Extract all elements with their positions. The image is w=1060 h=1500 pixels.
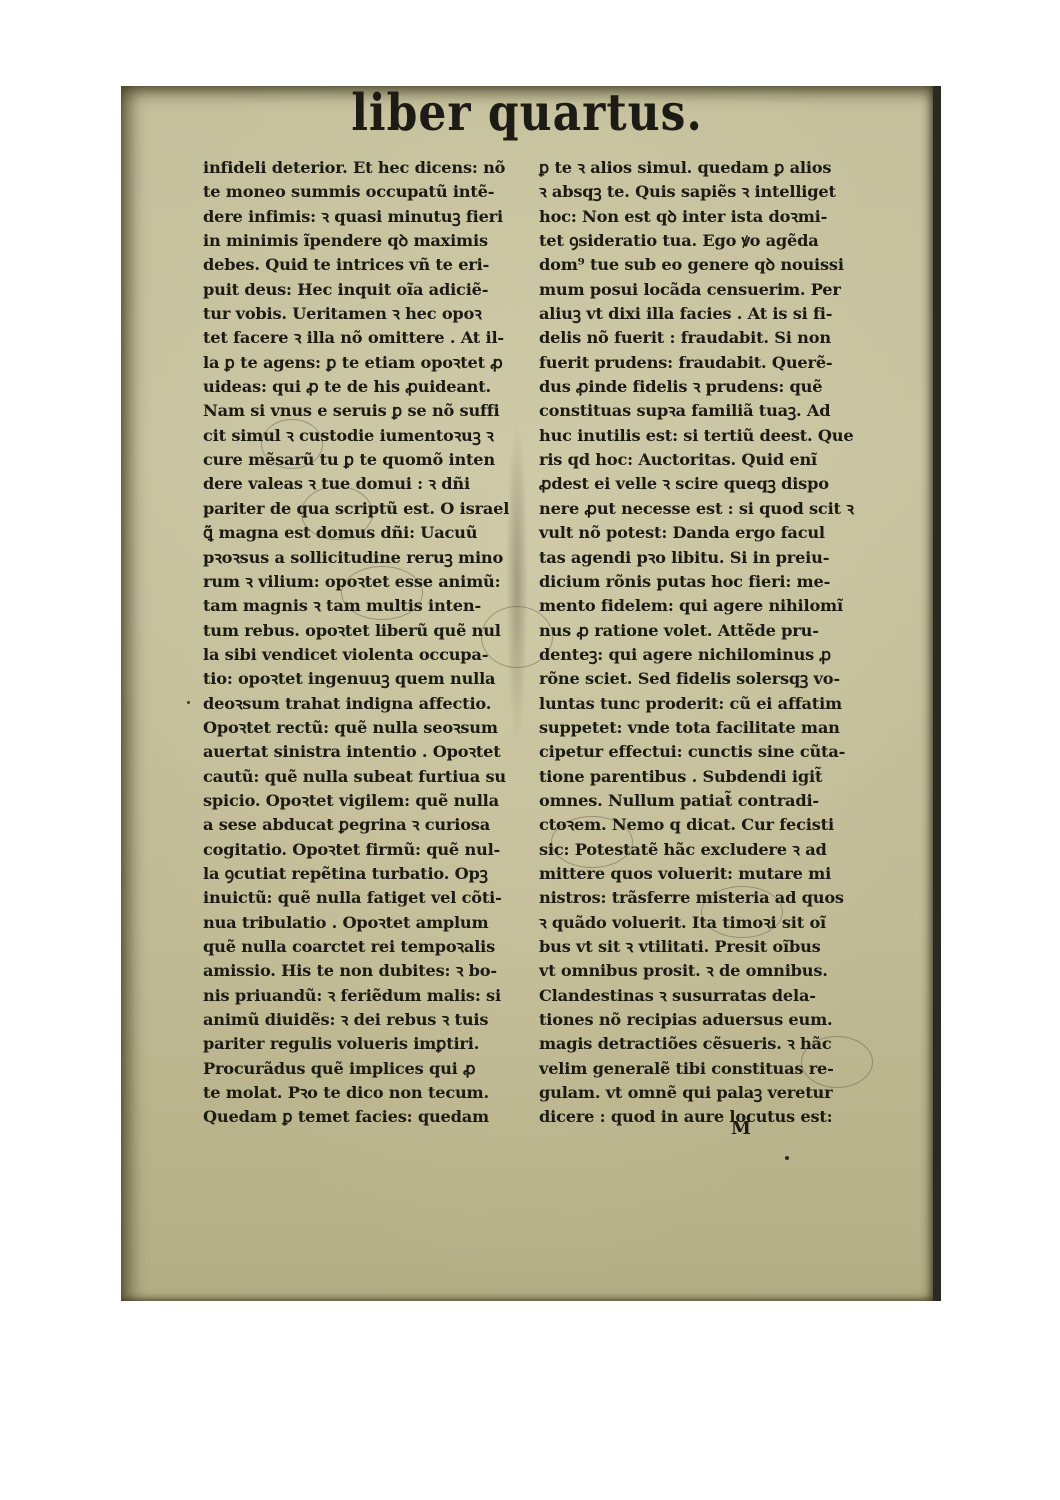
text-line: ꝛ absqꝫ te. Quis sapiẽs ꝛ intelliget — [539, 180, 884, 204]
text-line: infideli deterior. Et hec dicens: nõ — [203, 156, 533, 180]
left-text-column: infideli deterior. Et hec dicens: nõ te … — [203, 156, 533, 1130]
text-line: la sibi vendicet violenta occupa- — [203, 643, 533, 667]
text-line: hoc: Non est qꝺ inter ista doꝛmi- — [539, 205, 884, 229]
text-line: quẽ nulla coarctet rei tempoꝛalis — [203, 935, 533, 959]
text-line: bus vt sit ꝛ vtilitati. Presit oĩbus — [539, 935, 884, 959]
text-line: cipetur effectui: cunctis sine cũta- — [539, 740, 884, 764]
text-line: rum ꝛ vilium: opoꝛtet esse animũ: — [203, 570, 533, 594]
text-line: constituas supꝛa familiã tuaꝫ. Ad — [539, 399, 884, 423]
text-line: ꝛ quãdo voluerit. Ita timoꝛi sit oĩ — [539, 911, 884, 935]
text-line: te molat. Pꝛo te dico non tecum. — [203, 1081, 533, 1105]
text-line: inuictũ: quẽ nulla fatiget vel cõti- — [203, 886, 533, 910]
signature-mark: M — [731, 1118, 751, 1139]
text-line: luntas tunc proderit: cũ ei affatim — [539, 692, 884, 716]
text-line: tum rebus. opoꝛtet liberũ quẽ nul — [203, 619, 533, 643]
text-line: auertat sinistra intentio . Opoꝛtet — [203, 740, 533, 764]
text-line: tet facere ꝛ illa nõ omittere . At il- — [203, 326, 533, 350]
right-text-column: ꝑ te ꝛ alios simul. quedam ꝑ alios ꝛ abs… — [539, 156, 884, 1130]
text-line: dicere : quod in aure locutus est: — [539, 1105, 884, 1129]
text-line: ꝗ̃ magna est domus dñi: Uacuũ — [203, 521, 533, 545]
text-line: ꝑ te ꝛ alios simul. quedam ꝑ alios — [539, 156, 884, 180]
text-line: te moneo summis occupatũ intẽ- — [203, 180, 533, 204]
text-line: ꝓdest ei velle ꝛ scire queqꝫ dispo — [539, 472, 884, 496]
text-line: nua tribulatio . Opoꝛtet amplum — [203, 911, 533, 935]
text-line: cure mẽsarũ tu ꝑ te quomõ inten — [203, 448, 533, 472]
running-title: liber quartus. — [121, 84, 933, 143]
text-line: ris qd hoc: Auctoritas. Quid enĩ — [539, 448, 884, 472]
text-line: pꝛoꝛsus a sollicitudine reruꝫ mino — [203, 546, 533, 570]
text-line: mento fidelem: qui agere nihilomĩ — [539, 594, 884, 618]
text-line: uideas: qui ꝓ te de his ꝓuideant. — [203, 375, 533, 399]
text-line: sic: Potestatẽ hãc excludere ꝛ ad — [539, 838, 884, 862]
scanned-page-frame: liber quartus. infideli deterior. Et hec… — [121, 86, 941, 1301]
text-line: cogitatio. Opoꝛtet firmũ: quẽ nul- — [203, 838, 533, 862]
text-line: Nam si vnus e seruis ꝑ se nõ suffi — [203, 399, 533, 423]
text-line: Clandestinas ꝛ susurratas dela- — [539, 984, 884, 1008]
text-line: Procurãdus quẽ implices qui ꝓ — [203, 1057, 533, 1081]
text-line: cautũ: quẽ nulla subeat furtiua su — [203, 765, 533, 789]
ink-spot — [785, 1156, 789, 1160]
text-line: dicium rõnis putas hoc fieri: me- — [539, 570, 884, 594]
text-line: cit simul ꝛ custodie iumentoꝛuꝫ ꝛ — [203, 424, 533, 448]
text-line: deoꝛsum trahat indigna affectio. — [203, 692, 533, 716]
text-line: dere infimis: ꝛ quasi minutuꝫ fieri — [203, 205, 533, 229]
text-line: rõne sciet. Sed fidelis solersqꝫ vo- — [539, 667, 884, 691]
text-line: pariter de qua scriptũ est. O israel — [203, 497, 533, 521]
text-line: suppetet: vnde tota facilitate man — [539, 716, 884, 740]
text-line: animũ diuidẽs: ꝛ dei rebus ꝛ tuis — [203, 1008, 533, 1032]
text-line: nus ꝓ ratione volet. Attẽde pru- — [539, 619, 884, 643]
text-line: amissio. His te non dubites: ꝛ bo- — [203, 959, 533, 983]
text-line: delis nõ fuerit : fraudabit. Si non — [539, 326, 884, 350]
text-line: omnes. Nullum patiat̃ contradi- — [539, 789, 884, 813]
text-line: a sese abducat ꝑegrina ꝛ curiosa — [203, 813, 533, 837]
text-line: tiones nõ recipias aduersus eum. — [539, 1008, 884, 1032]
text-line: nistros: trãsferre misteria ad quos — [539, 886, 884, 910]
text-line: vult nõ potest: Danda ergo facul — [539, 521, 884, 545]
text-line: Opoꝛtet rectũ: quẽ nulla seoꝛsum — [203, 716, 533, 740]
text-line: Quedam ꝑ temet facies: quedam — [203, 1105, 533, 1129]
text-line: aliuꝫ vt dixi illa facies . At is si fi- — [539, 302, 884, 326]
book-page: liber quartus. infideli deterior. Et hec… — [121, 86, 933, 1301]
text-line: puit deus: Hec inquit oĩa adiciẽ- — [203, 278, 533, 302]
margin-mark — [187, 701, 190, 704]
text-line: vt omnibus prosit. ꝛ de omnibus. — [539, 959, 884, 983]
text-line: fuerit prudens: fraudabit. Querẽ- — [539, 351, 884, 375]
text-line: magis detractiões cẽsueris. ꝛ hãc — [539, 1032, 884, 1056]
text-line: spicio. Opoꝛtet vigilem: quẽ nulla — [203, 789, 533, 813]
text-line: tet ꝯsideratio tua. Ego ꝟo agẽda — [539, 229, 884, 253]
text-line: pariter regulis volueris imꝑtiri. — [203, 1032, 533, 1056]
text-line: nis priuandũ: ꝛ feriẽdum malis: si — [203, 984, 533, 1008]
text-line: dere valeas ꝛ tue domui : ꝛ dñi — [203, 472, 533, 496]
text-line: mittere quos voluerit: mutare mi — [539, 862, 884, 886]
text-line: ctoꝛem. Nemo q dicat. Cur fecisti — [539, 813, 884, 837]
text-line: mum posui locãda censuerim. Per — [539, 278, 884, 302]
text-line: tur vobis. Ueritamen ꝛ hec opoꝛ — [203, 302, 533, 326]
text-line: dus ꝓinde fidelis ꝛ prudens: quẽ — [539, 375, 884, 399]
text-line: tam magnis ꝛ tam multis inten- — [203, 594, 533, 618]
text-line: tio: opoꝛtet ingenuuꝫ quem nulla — [203, 667, 533, 691]
text-line: velim generalẽ tibi constituas re- — [539, 1057, 884, 1081]
text-line: in minimis ĩpendere qꝺ maximis — [203, 229, 533, 253]
text-line: nere ꝓut necesse est : si quod scit ꝛ — [539, 497, 884, 521]
text-line: denteꝫ: qui agere nichilominus ꝓ — [539, 643, 884, 667]
text-line: gulam. vt omnẽ qui palaꝫ veretur — [539, 1081, 884, 1105]
text-line: la ꝑ te agens: ꝑ te etiam opoꝛtet ꝓ — [203, 351, 533, 375]
text-line: dom⁹ tue sub eo genere qꝺ nouissi — [539, 253, 884, 277]
text-line: debes. Quid te intrices vñ te eri- — [203, 253, 533, 277]
text-line: tione parentibus . Subdendi igit̃ — [539, 765, 884, 789]
text-line: tas agendi pꝛo libitu. Si in preiu- — [539, 546, 884, 570]
text-line: huc inutilis est: si tertiũ deest. Que — [539, 424, 884, 448]
text-line: la ꝯcutiat repẽtina turbatio. Opꝫ — [203, 862, 533, 886]
